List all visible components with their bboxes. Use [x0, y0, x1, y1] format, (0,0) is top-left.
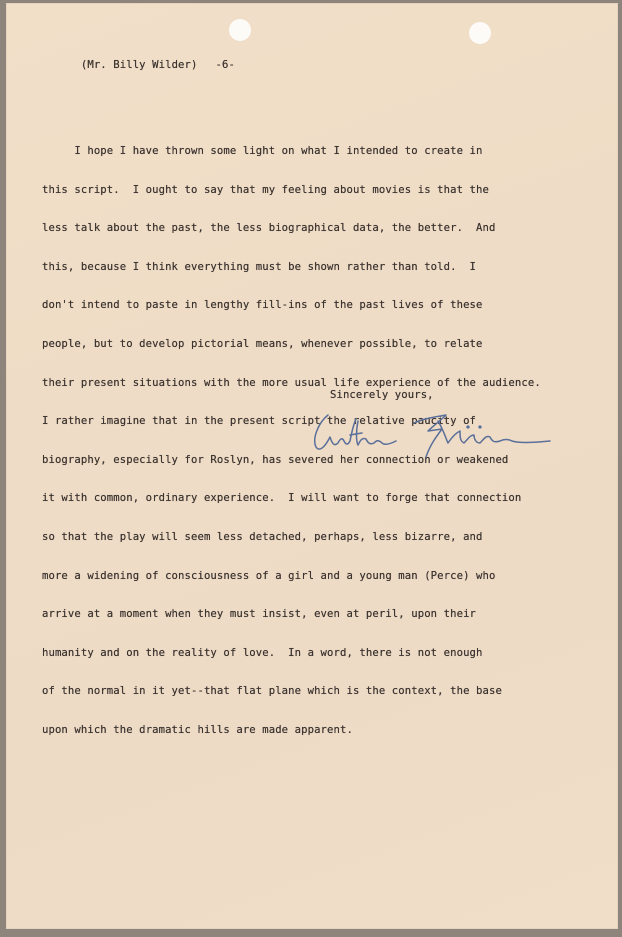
closing: Sincerely yours, [330, 389, 434, 401]
body-line: I hope I have thrown some light on what … [42, 144, 541, 159]
body-line: people, but to develop pictorial means, … [42, 337, 541, 352]
body-line: humanity and on the reality of love. In … [42, 646, 541, 661]
addressee: (Mr. Billy Wilder) [81, 59, 198, 71]
body-line: upon which the dramatic hills are made a… [42, 723, 541, 738]
body-line: this script. I ought to say that my feel… [42, 183, 541, 198]
body-line: more a widening of consciousness of a gi… [42, 569, 541, 584]
body-line: of the normal in it yet--that flat plane… [42, 684, 541, 699]
punch-hole-right [469, 22, 491, 44]
page-number: -6- [215, 59, 234, 71]
body-line: don't intend to paste in lengthy fill-in… [42, 298, 541, 313]
letter-heading: (Mr. Billy Wilder)-6- [42, 47, 235, 83]
document-frame: (Mr. Billy Wilder)-6- I hope I have thro… [0, 0, 622, 937]
handwritten-signature: Arthur Miller [310, 401, 560, 463]
body-line: so that the play will seem less detached… [42, 530, 541, 545]
letter-page: (Mr. Billy Wilder)-6- I hope I have thro… [6, 3, 618, 929]
body-line: less talk about the past, the less biogr… [42, 221, 541, 236]
body-line: arrive at a moment when they must insist… [42, 607, 541, 622]
body-line: their present situations with the more u… [42, 376, 541, 391]
punch-hole-left [229, 19, 251, 41]
body-line: this, because I think everything must be… [42, 260, 541, 275]
body-line: it with common, ordinary experience. I w… [42, 491, 541, 506]
